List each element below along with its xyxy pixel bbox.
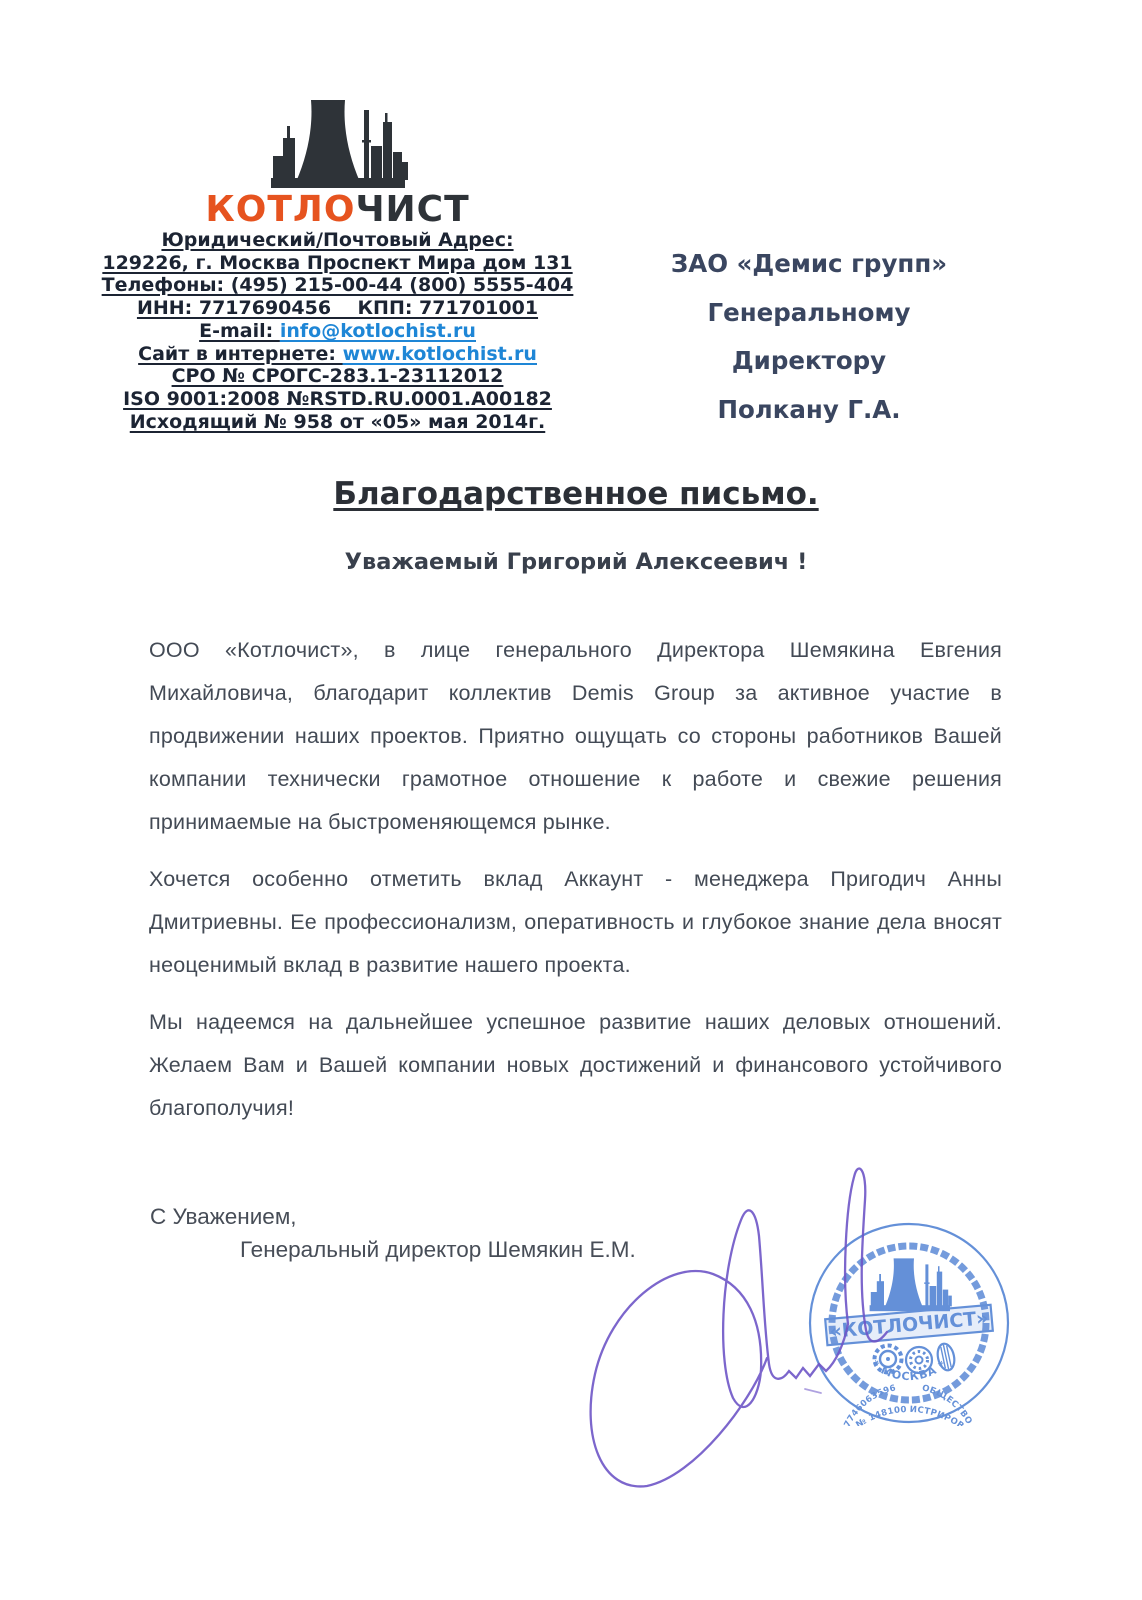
handwritten-signature <box>555 1140 975 1520</box>
logo-word-secondary: ЧИСТ <box>355 189 469 230</box>
paragraph-2: Хочется особенно отметить вклад Аккаунт … <box>149 858 1002 987</box>
email-line: E-mail: info@kotlochist.ru <box>85 320 590 343</box>
letter-title: Благодарственное письмо. <box>150 476 1002 512</box>
recipient-company: ЗАО «Демис групп» <box>628 240 990 289</box>
factory-logo-icon <box>265 96 411 194</box>
site-label: Сайт в интернете: <box>138 343 342 365</box>
inn-kpp-line: ИНН: 7717690456 КПП: 771701001 <box>85 297 590 320</box>
letter-body: ООО «Котлочист», в лице генерального Дир… <box>149 629 1002 1144</box>
site-line: Сайт в интернете: www.kotlochist.ru <box>85 343 590 366</box>
email-label: E-mail: <box>199 320 280 342</box>
recipient-block: ЗАО «Демис групп» Генеральному Директору… <box>628 240 990 434</box>
sro-line: СРО № СРОГС-283.1-23112012 <box>85 365 590 388</box>
iso-line: ISO 9001:2008 №RSTD.RU.0001.A00182 <box>85 388 590 411</box>
paragraph-3: Мы надеемся на дальнейшее успешное разви… <box>149 1001 1002 1130</box>
site-link[interactable]: www.kotlochist.ru <box>343 343 537 365</box>
email-link[interactable]: info@kotlochist.ru <box>280 320 476 342</box>
outgoing-number-line: Исходящий № 958 от «05» мая 2014г. <box>85 411 590 434</box>
recipient-name: Полкану Г.А. <box>628 386 990 435</box>
company-header: КОТЛОЧИСТ Юридический/Почтовый Адрес: 12… <box>85 96 590 433</box>
recipient-position: Генеральному Директору <box>628 289 990 386</box>
logo-wordmark: КОТЛОЧИСТ <box>85 191 590 229</box>
address-line: 129226, г. Москва Проспект Мира дом 131 <box>85 252 590 275</box>
phones-line: Телефоны: (495) 215-00-44 (800) 5555-404 <box>85 274 590 297</box>
address-label: Юридический/Почтовый Адрес: <box>85 229 590 252</box>
paragraph-1: ООО «Котлочист», в лице генерального Дир… <box>149 629 1002 844</box>
letter-greeting: Уважаемый Григорий Алексеевич ! <box>150 549 1002 575</box>
letter-page: КОТЛОЧИСТ Юридический/Почтовый Адрес: 12… <box>0 0 1142 1600</box>
logo-word-primary: КОТЛО <box>205 189 355 230</box>
